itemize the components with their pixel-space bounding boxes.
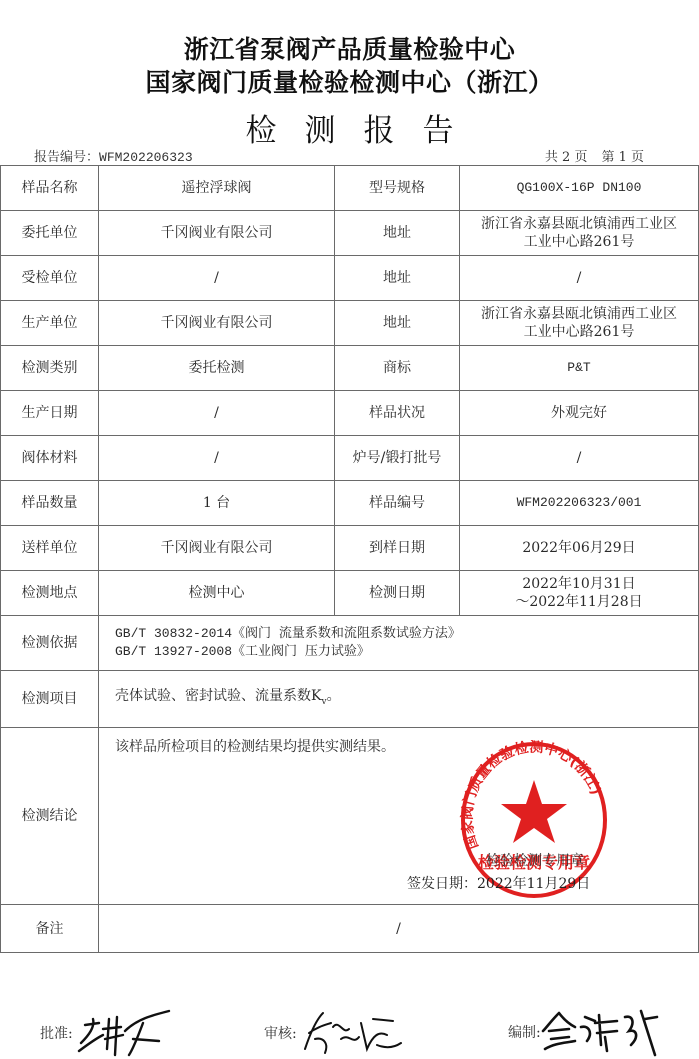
field-label: 阀体材料 xyxy=(1,436,99,481)
test-items-suffix: 。 xyxy=(327,688,341,704)
field-label: 样品编号 xyxy=(335,481,460,526)
field-label: 到样日期 xyxy=(335,526,460,571)
table-row: 样品数量 1 台 样品编号 WFM202206323/001 xyxy=(1,481,699,526)
table-row: 送样单位 千冈阀业有限公司 到样日期 2022年06月29日 xyxy=(1,526,699,571)
report-number-value: WFM202206323 xyxy=(99,150,193,165)
field-label: 商标 xyxy=(335,346,460,391)
field-value: QG100X-16P DN100 xyxy=(460,166,699,211)
field-value: / xyxy=(99,391,335,436)
table-row: 生产单位 千冈阀业有限公司 地址 浙江省永嘉县瓯北镇浦西工业区工业中心路261号 xyxy=(1,301,699,346)
field-label: 送样单位 xyxy=(1,526,99,571)
signature-scribble-icon xyxy=(541,1007,661,1057)
org-name-line2: 国家阀门质量检验检测中心（浙江） xyxy=(0,63,699,99)
total-pages: 共 2 页 xyxy=(545,150,588,165)
field-label: 型号规格 xyxy=(335,166,460,211)
issue-date-label: 签发日期： xyxy=(407,876,477,892)
table-row-remarks: 备注 / xyxy=(1,905,699,953)
field-label: 样品数量 xyxy=(1,481,99,526)
field-label: 生产日期 xyxy=(1,391,99,436)
report-table: 样品名称 遥控浮球阀 型号规格 QG100X-16P DN100 委托单位 千冈… xyxy=(0,165,699,953)
field-value: 检测中心 xyxy=(99,571,335,616)
address-line2: 工业中心路261号 xyxy=(464,323,694,341)
test-basis: GB/T 30832-2014《阀门 流量系数和流阻系数试验方法》 GB/T 1… xyxy=(99,616,699,671)
remarks-value: / xyxy=(99,905,699,953)
signature-scribble-icon xyxy=(73,1009,183,1057)
field-label: 检测项目 xyxy=(1,671,99,728)
field-label: 生产单位 xyxy=(1,301,99,346)
address-line1: 浙江省永嘉县瓯北镇浦西工业区 xyxy=(464,305,694,323)
field-label: 炉号/锻打批号 xyxy=(335,436,460,481)
field-value: / xyxy=(99,436,335,481)
field-value: P&T xyxy=(460,346,699,391)
field-label: 委托单位 xyxy=(1,211,99,256)
field-label: 备注 xyxy=(1,905,99,953)
field-value: WFM202206323/001 xyxy=(460,481,699,526)
reviewer-signature: 审核: xyxy=(264,1009,407,1057)
table-row: 样品名称 遥控浮球阀 型号规格 QG100X-16P DN100 xyxy=(1,166,699,211)
field-value: / xyxy=(99,256,335,301)
field-label: 检测依据 xyxy=(1,616,99,671)
signature-area: 批准: 审核: 编制: xyxy=(0,1003,699,1059)
test-date-end: ～2022年11月28日 xyxy=(464,593,694,611)
approve-label: 批准: xyxy=(40,1023,73,1043)
current-page: 第 1 页 xyxy=(601,150,644,165)
field-value: 千冈阀业有限公司 xyxy=(99,301,335,346)
field-value: 2022年06月29日 xyxy=(460,526,699,571)
field-value: 外观完好 xyxy=(460,391,699,436)
field-label: 样品名称 xyxy=(1,166,99,211)
field-label: 样品状况 xyxy=(335,391,460,436)
field-value: 1 台 xyxy=(99,481,335,526)
table-row-basis: 检测依据 GB/T 30832-2014《阀门 流量系数和流阻系数试验方法》 G… xyxy=(1,616,699,671)
field-value: 2022年10月31日～2022年11月28日 xyxy=(460,571,699,616)
field-label: 地址 xyxy=(335,256,460,301)
report-number-label: 报告编号： xyxy=(34,150,99,165)
test-date-start: 2022年10月31日 xyxy=(464,575,694,593)
field-value: 委托检测 xyxy=(99,346,335,391)
table-row-items: 检测项目 壳体试验、密封试验、流量系数Kv。 xyxy=(1,671,699,728)
field-label: 检测日期 xyxy=(335,571,460,616)
table-row: 检测地点 检测中心 检测日期 2022年10月31日～2022年11月28日 xyxy=(1,571,699,616)
page-indicator: 共 2 页第 1 页 xyxy=(531,146,644,165)
issue-date-value: 2022年11月29日 xyxy=(477,876,590,892)
table-row: 生产日期 / 样品状况 外观完好 xyxy=(1,391,699,436)
compile-label: 编制: xyxy=(508,1022,541,1042)
issue-date: 签发日期：2022年11月29日 xyxy=(407,875,590,893)
report-title: 检测报告 xyxy=(0,105,699,150)
conclusion-text: 该样品所检项目的检测结果均提供实测结果。 xyxy=(115,738,395,756)
approver-signature: 批准: xyxy=(40,1009,183,1057)
org-name-line1: 浙江省泵阀产品质量检验中心 xyxy=(0,30,699,66)
field-label: 检测地点 xyxy=(1,571,99,616)
field-value: / xyxy=(460,256,699,301)
field-value: 遥控浮球阀 xyxy=(99,166,335,211)
conclusion-cell: 该样品所检项目的检测结果均提供实测结果。 国家阀门质量检验检测中心(浙江) 检验… xyxy=(99,728,699,905)
field-value: 千冈阀业有限公司 xyxy=(99,526,335,571)
review-label: 审核: xyxy=(264,1023,297,1043)
field-value: / xyxy=(460,436,699,481)
table-row: 阀体材料 / 炉号/锻打批号 / xyxy=(1,436,699,481)
field-value: 千冈阀业有限公司 xyxy=(99,211,335,256)
field-label: 检测结论 xyxy=(1,728,99,905)
test-items: 壳体试验、密封试验、流量系数Kv。 xyxy=(99,671,699,728)
compiler-signature: 编制: xyxy=(508,1007,661,1057)
field-label: 地址 xyxy=(335,301,460,346)
table-row: 检测类别 委托检测 商标 P&T xyxy=(1,346,699,391)
field-label: 受检单位 xyxy=(1,256,99,301)
table-row: 受检单位 / 地址 / xyxy=(1,256,699,301)
table-row: 委托单位 千冈阀业有限公司 地址 浙江省永嘉县瓯北镇浦西工业区工业中心路261号 xyxy=(1,211,699,256)
report-number: 报告编号：WFM202206323 xyxy=(34,146,193,165)
standard-1: GB/T 30832-2014《阀门 流量系数和流阻系数试验方法》 xyxy=(115,625,694,643)
field-value: 浙江省永嘉县瓯北镇浦西工业区工业中心路261号 xyxy=(460,211,699,256)
address-line2: 工业中心路261号 xyxy=(464,233,694,251)
table-row-conclusion: 检测结论 该样品所检项目的检测结果均提供实测结果。 国家阀门质量检验检测中心(浙… xyxy=(1,728,699,905)
field-value: 浙江省永嘉县瓯北镇浦西工业区工业中心路261号 xyxy=(460,301,699,346)
field-label: 检测类别 xyxy=(1,346,99,391)
address-line1: 浙江省永嘉县瓯北镇浦西工业区 xyxy=(464,215,694,233)
test-items-text: 壳体试验、密封试验、流量系数K xyxy=(115,688,321,704)
standard-2: GB/T 13927-2008《工业阀门 压力试验》 xyxy=(115,643,694,661)
signature-scribble-icon xyxy=(297,1009,407,1057)
field-label: 地址 xyxy=(335,211,460,256)
stamp-caption: 检验检测专用章 xyxy=(486,852,584,870)
